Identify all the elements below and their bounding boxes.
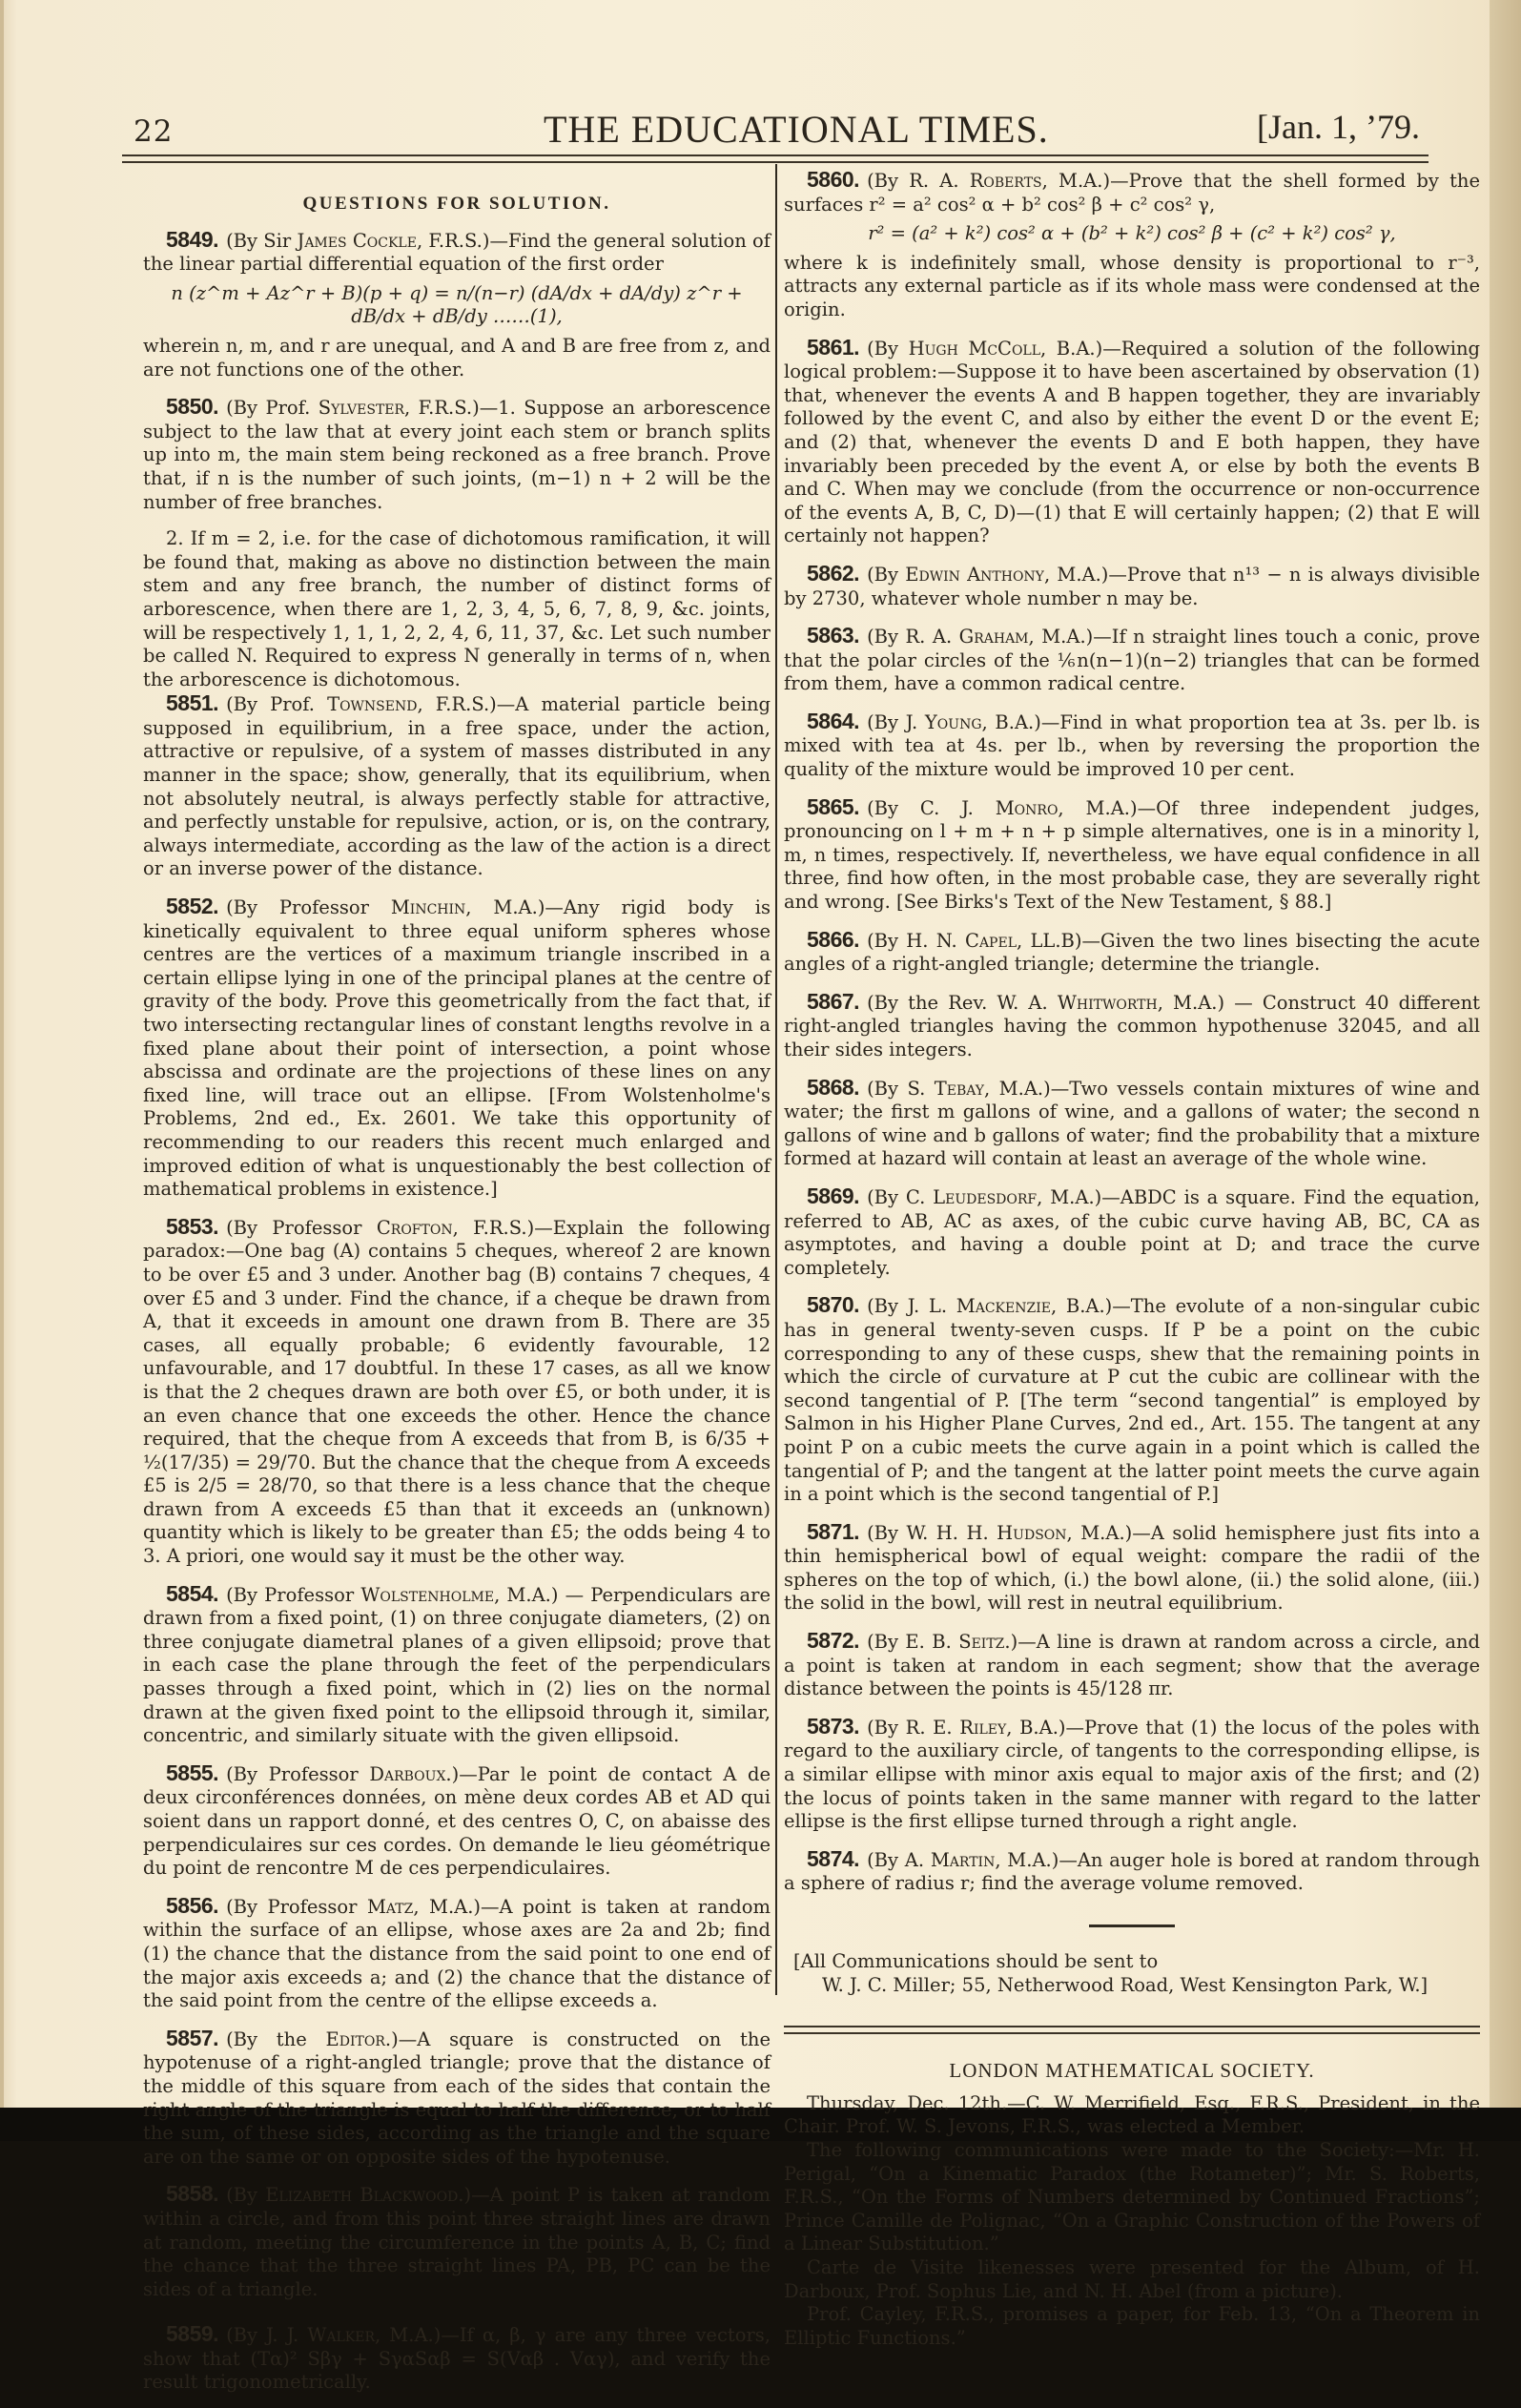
- question-5856: 5856.(By Professor Matz, M.A.)—A point i…: [143, 1894, 771, 2013]
- question-author: Townsend: [327, 693, 417, 715]
- question-credit-prefix: (By R. A.: [867, 170, 970, 192]
- question-text-continued: wherein n, m, and r are unequal, and A a…: [143, 335, 771, 381]
- question-5861: 5861.(By Hugh McColl, B.A.)—Required a s…: [784, 336, 1480, 548]
- question-credit-prefix: (By Prof.: [226, 397, 319, 419]
- question-5865: 5865.(By C. J. Monro, M.A.)—Of three ind…: [784, 795, 1480, 915]
- section-separator: [1089, 1924, 1175, 1927]
- question-number: 5872.: [807, 1628, 859, 1653]
- question-author: Graham: [959, 626, 1029, 648]
- question-number: 5869.: [807, 1183, 859, 1208]
- society-heading: LONDON MATHEMATICAL SOCIETY.: [784, 2059, 1480, 2083]
- question-number: 5862.: [807, 561, 859, 586]
- question-credit-prefix: (By H. N.: [867, 930, 965, 952]
- question-author: Riley: [959, 1717, 1006, 1739]
- question-5852: 5852.(By Professor Minchin, M.A.)—Any ri…: [143, 895, 771, 1202]
- question-text-continued: where k is indefinitely small, whose den…: [784, 252, 1480, 320]
- question-number: 5855.: [166, 1760, 218, 1785]
- question-number: 5850.: [166, 394, 218, 419]
- question-author: Leudesdorf: [933, 1186, 1037, 1208]
- question-number: 5852.: [166, 894, 218, 918]
- question-5871: 5871.(By W. H. H. Hudson, M.A.)—A solid …: [784, 1520, 1480, 1616]
- question-author: Sylvester: [319, 397, 404, 419]
- question-credit-prefix: (By Prof.: [226, 693, 327, 715]
- question-author: Matz: [367, 1896, 413, 1918]
- question-author: James Cockle: [298, 230, 417, 252]
- header-rule: [122, 154, 1429, 163]
- section-heading: QUESTIONS FOR SOLUTION.: [143, 193, 771, 216]
- question-author: Mackenzie: [956, 1295, 1051, 1317]
- question-credit-prefix: (By C. J.: [867, 797, 996, 819]
- question-credit-prefix: (By R. A.: [867, 626, 959, 648]
- question-number: 5873.: [807, 1714, 859, 1739]
- question-credit-prefix: (By the: [226, 2028, 325, 2050]
- question-credit-prefix: (By W. H. H.: [867, 1522, 997, 1544]
- question-author: Monro: [996, 797, 1059, 819]
- page-number: 22: [134, 114, 173, 149]
- question-credit-prefix: (By E. B.: [867, 1631, 958, 1653]
- question-credit-prefix: (By Professor: [226, 896, 391, 918]
- question-5850-part-2: 2. If m = 2, i.e. for the case of dichot…: [143, 527, 771, 691]
- question-number: 5860.: [807, 167, 859, 192]
- question-number: 5868.: [807, 1075, 859, 1100]
- question-credit-prefix: (By J.: [867, 711, 925, 733]
- question-5867: 5867.(By the Rev. W. A. Whitworth, M.A.)…: [784, 990, 1480, 1062]
- question-number: 5856.: [166, 1893, 218, 1918]
- question-text: , B.A.)—The evolute of a non-singular cu…: [784, 1295, 1480, 1505]
- question-number: 5857.: [166, 2026, 218, 2050]
- question-author: Roberts: [970, 170, 1042, 192]
- question-credit-prefix: (By S.: [867, 1078, 935, 1100]
- question-5853: 5853.(By Professor Crofton, F.R.S.)—Expl…: [143, 1215, 771, 1569]
- question-text: , B.A.)—Required a solution of the follo…: [784, 338, 1480, 547]
- question-author: Hudson: [997, 1522, 1066, 1544]
- question-text: , F.R.S.)—Explain the following paradox:…: [143, 1217, 771, 1567]
- right-column: 5860.(By R. A. Roberts, M.A.)—Prove that…: [784, 164, 1480, 2141]
- question-5849: 5849.(By Sir James Cockle, F.R.S.)—Find …: [143, 228, 771, 382]
- question-number: 5854.: [166, 1581, 218, 1606]
- question-number: 5861.: [807, 335, 859, 360]
- question-number: 5851.: [166, 690, 218, 715]
- question-number: 5871.: [807, 1519, 859, 1544]
- question-5864: 5864.(By J. Young, B.A.)—Find in what pr…: [784, 710, 1480, 782]
- communications-address: W. J. C. Miller; 55, Netherwood Road, We…: [793, 1974, 1480, 1998]
- question-credit-prefix: (By Professor: [226, 1896, 367, 1918]
- question-5863: 5863.(By R. A. Graham, M.A.)—If n straig…: [784, 624, 1480, 696]
- question-5850: 5850.(By Prof. Sylvester, F.R.S.)—1. Sup…: [143, 395, 771, 514]
- question-number: 5864.: [807, 709, 859, 733]
- question-credit-prefix: (By R. E.: [867, 1717, 959, 1739]
- communications-line-1: [All Communications should be sent to: [793, 1950, 1158, 1972]
- question-credit-prefix: (By Sir: [226, 230, 297, 252]
- question-5860: 5860.(By R. A. Roberts, M.A.)—Prove that…: [784, 168, 1480, 322]
- page-edge: [1490, 0, 1521, 2108]
- masthead: 22 THE EDUCATIONAL TIMES. [Jan. 1, ’79.: [134, 107, 1426, 145]
- paper-title: THE EDUCATIONAL TIMES.: [544, 107, 1049, 152]
- communications-note: [All Communications should be sent to W.…: [793, 1950, 1480, 1997]
- question-number: 5874.: [807, 1846, 859, 1871]
- question-author: Edwin Anthony: [905, 564, 1044, 586]
- question-author: Martin: [931, 1849, 996, 1871]
- question-5857: 5857.(By the Editor.)—A square is constr…: [143, 2027, 771, 2141]
- question-author: Whitworth: [1058, 992, 1158, 1014]
- question-number: 5849.: [166, 227, 218, 252]
- question-author: Tebay: [935, 1078, 984, 1100]
- question-credit-prefix: (By Professor: [226, 1763, 369, 1785]
- question-5868: 5868.(By S. Tebay, M.A.)—Two vessels con…: [784, 1076, 1480, 1171]
- question-author: Young: [925, 711, 982, 733]
- question-author: Wolstenholme: [360, 1584, 494, 1606]
- question-number: 5865.: [807, 794, 859, 819]
- question-5872: 5872.(By E. B. Seitz.)—A line is drawn a…: [784, 1629, 1480, 1701]
- question-5869: 5869.(By C. Leudesdorf, M.A.)—ABDC is a …: [784, 1184, 1480, 1280]
- question-credit-prefix: (By C.: [867, 1186, 933, 1208]
- issue-date: [Jan. 1, ’79.: [1257, 107, 1420, 147]
- question-credit-prefix: (By Professor: [226, 1217, 377, 1239]
- society-paragraph: Thursday, Dec. 12th.—C. W. Merrifield, E…: [784, 2092, 1480, 2139]
- question-author: Hugh McColl: [909, 338, 1040, 360]
- question-5854: 5854.(By Professor Wolstenholme, M.A.) —…: [143, 1582, 771, 1748]
- question-5855: 5855.(By Professor Darboux.)—Par le poin…: [143, 1761, 771, 1881]
- question-credit-prefix: (By the Rev. W. A.: [867, 992, 1058, 1014]
- question-5862: 5862.(By Edwin Anthony, M.A.)—Prove that…: [784, 562, 1480, 610]
- left-column: QUESTIONS FOR SOLUTION. 5849.(By Sir Jam…: [143, 164, 771, 2141]
- question-5874: 5874.(By A. Martin, M.A.)—An auger hole …: [784, 1847, 1480, 1896]
- question-author: Minchin: [391, 896, 465, 918]
- question-formula: n (z^m + Az^r + B)(p + q) = n/(n−r) (dA/…: [143, 282, 771, 329]
- question-text: , F.R.S.)—A material particle being supp…: [143, 693, 771, 879]
- question-author: Darboux: [369, 1763, 445, 1785]
- question-number: 5867.: [807, 989, 859, 1014]
- question-formula: r² = (a² + k²) cos² α + (b² + k²) cos² β…: [784, 222, 1480, 246]
- question-number: 5863.: [807, 623, 859, 648]
- question-5851: 5851.(By Prof. Townsend, F.R.S.)—A mater…: [143, 691, 771, 881]
- question-author: Editor: [326, 2028, 385, 2050]
- question-number: 5853.: [166, 1214, 218, 1239]
- question-5873: 5873.(By R. E. Riley, B.A.)—Prove that (…: [784, 1715, 1480, 1834]
- question-credit-prefix: (By A.: [867, 1849, 931, 1871]
- question-text: , M.A.)—Any rigid body is kinetically eq…: [143, 896, 771, 1200]
- question-credit-prefix: (By Professor: [226, 1584, 360, 1606]
- question-credit-prefix: (By J. L.: [867, 1295, 956, 1317]
- question-credit-prefix: (By: [867, 564, 905, 586]
- column-divider: [775, 164, 777, 1995]
- question-credit-prefix: (By: [867, 338, 909, 360]
- question-author: Crofton: [377, 1217, 453, 1239]
- question-number: 5870.: [807, 1292, 859, 1317]
- question-number: 5866.: [807, 927, 859, 952]
- question-author: Capel: [965, 930, 1017, 952]
- society-rule: [784, 2026, 1480, 2034]
- question-author: Seitz: [958, 1631, 1004, 1653]
- question-5866: 5866.(By H. N. Capel, LL.B)—Given the tw…: [784, 928, 1480, 977]
- question-5870: 5870.(By J. L. Mackenzie, B.A.)—The evol…: [784, 1293, 1480, 1506]
- question-text: , M.A.) — Perpendiculars are drawn from …: [143, 1584, 771, 1747]
